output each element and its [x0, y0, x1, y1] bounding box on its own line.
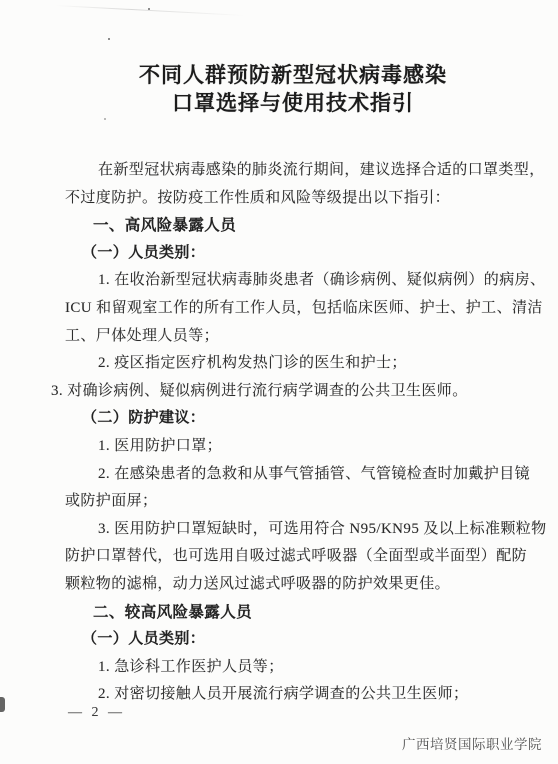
body-line: 或防护面屏；	[65, 488, 521, 516]
scan-edge-mark	[0, 697, 5, 712]
scan-speck	[148, 8, 150, 10]
document-page: 不同人群预防新型冠状病毒感染 口罩选择与使用技术指引 在新型冠状病毒感染的肺炎流…	[0, 0, 558, 764]
subsection-heading: （一）人员类别：	[82, 626, 521, 654]
scan-artifact-line	[55, 5, 245, 16]
body-line: 工、尸体处理人员等；	[65, 323, 521, 351]
body-line: 颗粒物的滤棉，动力送风过滤式呼吸器的防护效果更佳。	[65, 571, 521, 599]
body-line: 1. 医用防护口罩；	[98, 433, 521, 461]
body-line: 2. 疫区指定医疗机构发热门诊的医生和护士；	[98, 350, 521, 378]
body-line: 1. 急诊科工作医护人员等；	[98, 654, 521, 682]
body-line: 1. 在收治新型冠状病毒肺炎患者（确诊病例、疑似病例）的病房、	[98, 267, 521, 295]
body-line: 防护口罩替代，也可选用自吸过滤式呼吸器（全面型或半面型）配防	[65, 543, 521, 571]
section-heading: 二、较高风险暴露人员	[93, 599, 521, 627]
body-line: 不过度防护。按防疫工作性质和风险等级提出以下指引：	[65, 185, 521, 213]
body-line: 3. 对确诊病例、疑似病例进行流行病学调查的公共卫生医师。	[51, 378, 521, 406]
body-line: 3. 医用防护口罩短缺时，可选用符合 N95/KN95 及以上标准颗粒物	[98, 516, 521, 544]
body-line: 在新型冠状病毒感染的肺炎流行期间，建议选择合适的口罩类型，	[98, 157, 521, 185]
page-number: — 2 —	[68, 705, 125, 721]
body-line: ICU 和留观室工作的所有工作人员，包括临床医师、护士、护工、清洁	[65, 295, 521, 323]
scan-speck	[108, 38, 110, 40]
body-line: 2. 对密切接触人员开展流行病学调查的公共卫生医师；	[98, 681, 521, 709]
scan-speck	[104, 118, 106, 120]
document-body: 在新型冠状病毒感染的肺炎流行期间，建议选择合适的口罩类型， 不过度防护。按防疫工…	[65, 157, 521, 709]
subsection-heading: （二）防护建议：	[82, 405, 521, 433]
title-line-1: 不同人群预防新型冠状病毒感染	[40, 61, 546, 89]
body-line: 2. 在感染患者的急救和从事气管插管、气管镜检查时加戴护目镜	[98, 461, 521, 489]
section-heading: 一、高风险暴露人员	[93, 212, 521, 240]
watermark-school-name: 广西培贤国际职业学院	[402, 733, 542, 753]
document-title: 不同人群预防新型冠状病毒感染 口罩选择与使用技术指引	[40, 61, 546, 117]
title-line-2: 口罩选择与使用技术指引	[40, 89, 546, 117]
subsection-heading: （一）人员类别：	[82, 240, 521, 268]
